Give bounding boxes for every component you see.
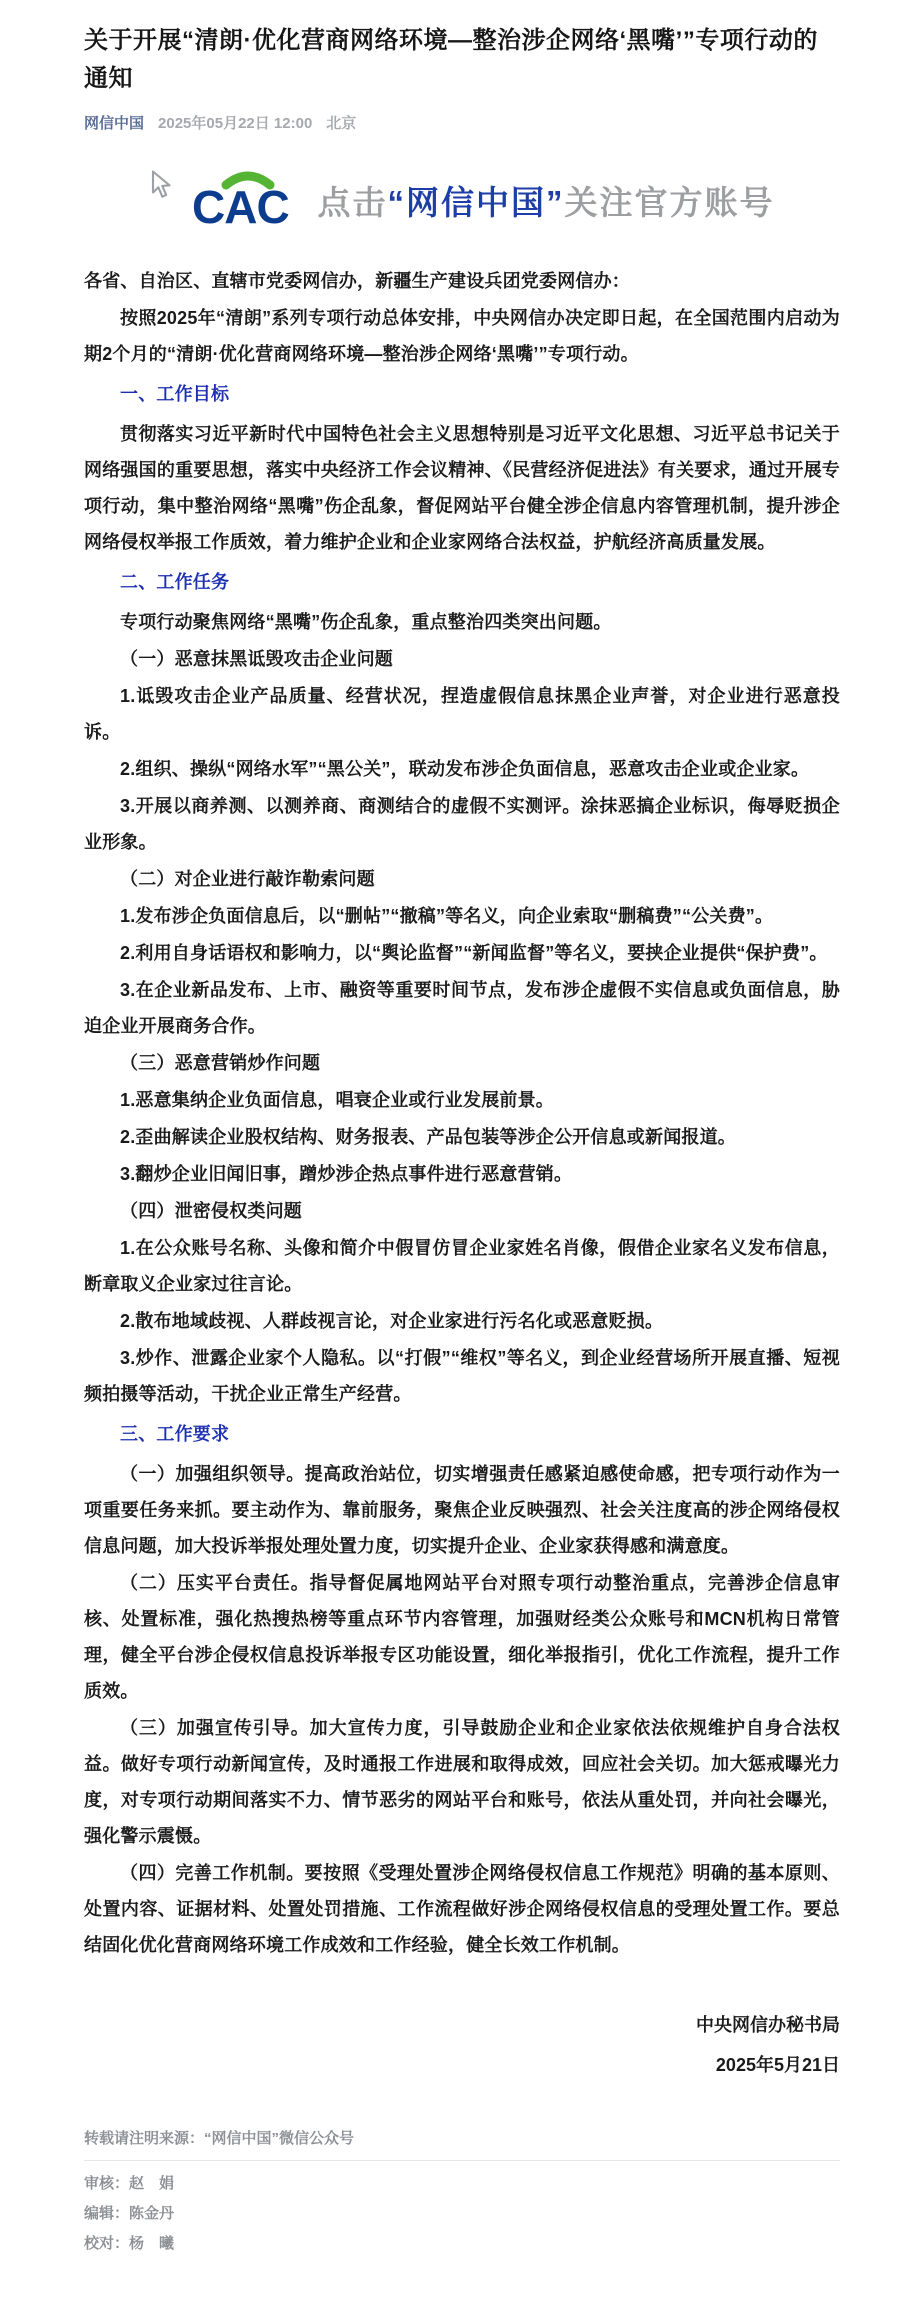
paragraph: （四）泄密侵权类问题 — [84, 1193, 840, 1229]
signoff-date: 2025年5月21日 — [84, 2045, 840, 2085]
paragraph: 专项行动聚焦网络“黑嘴”伤企乱象，重点整治四类突出问题。 — [84, 604, 840, 640]
paragraph: 按照2025年“清朗”系列专项行动总体安排，中央网信办决定即日起，在全国范围内启… — [84, 300, 840, 372]
paragraph: 3.在企业新品发布、上市、融资等重要时间节点，发布涉企虚假不实信息或负面信息，胁… — [84, 972, 840, 1044]
paragraph: （一）恶意抹黑诋毁攻击企业问题 — [84, 641, 840, 677]
follow-account-banner[interactable]: CAC 点击“网信中国”关注官方账号 — [84, 157, 840, 243]
credit-reviewer: 审核：赵 娟 — [84, 2169, 840, 2199]
banner-click-label: 点击 — [318, 184, 388, 221]
section-heading: 一、工作目标 — [84, 376, 840, 412]
paragraph: 1.诋毁攻击企业产品质量、经营状况，捏造虚假信息抹黑企业声誉，对企业进行恶意投诉… — [84, 678, 840, 750]
banner-account-label: “网信中国” — [388, 184, 565, 221]
signoff-org: 中央网信办秘书局 — [84, 2005, 840, 2045]
credits-block: 审核：赵 娟 编辑：陈金丹 校对：杨 曦 — [84, 2161, 840, 2259]
credit-proofreader: 校对：杨 曦 — [84, 2229, 840, 2259]
paragraph: （二）压实平台责任。指导督促属地网站平台对照专项行动整治重点，完善涉企信息审核、… — [84, 1565, 840, 1709]
article-footer: 转载请注明来源：“网信中国”微信公众号 审核：赵 娟 编辑：陈金丹 校对：杨 曦 — [84, 2127, 840, 2259]
paragraph: 2.利用自身话语权和影响力，以“舆论监督”“新闻监督”等名义，要挟企业提供“保护… — [84, 935, 840, 971]
reprint-notice: 转载请注明来源：“网信中国”微信公众号 — [84, 2127, 840, 2161]
banner-follow-label: 关注官方账号 — [565, 184, 775, 221]
paragraph: 贯彻落实习近平新时代中国特色社会主义思想特别是习近平文化思想、习近平总书记关于网… — [84, 416, 840, 560]
paragraph: （三）恶意营销炒作问题 — [84, 1045, 840, 1081]
banner-text: 点击“网信中国”关注官方账号 — [318, 177, 775, 224]
paragraph: （四）完善工作机制。要按照《受理处置涉企网络侵权信息工作规范》明确的基本原则、处… — [84, 1855, 840, 1963]
paragraph: 1.发布涉企负面信息后，以“删帖”“撤稿”等名义，向企业索取“删稿费”“公关费”… — [84, 898, 840, 934]
paragraph: 3.炒作、泄露企业家个人隐私。以“打假”“维权”等名义，到企业经营场所开展直播、… — [84, 1340, 840, 1412]
paragraph: 1.恶意集纳企业负面信息，唱衰企业或行业发展前景。 — [84, 1082, 840, 1118]
source-account-link[interactable]: 网信中国 — [84, 112, 144, 133]
paragraph: 2.散布地域歧视、人群歧视言论，对企业家进行污名化或恶意贬损。 — [84, 1303, 840, 1339]
cac-logo: CAC — [190, 165, 302, 236]
paragraph: 2.歪曲解读企业股权结构、财务报表、产品包装等涉企公开信息或新闻报道。 — [84, 1119, 840, 1155]
paragraph: 各省、自治区、直辖市党委网信办，新疆生产建设兵团党委网信办： — [84, 263, 840, 299]
article-body: 各省、自治区、直辖市党委网信办，新疆生产建设兵团党委网信办：按照2025年“清朗… — [84, 263, 840, 1963]
paragraph: （一）加强组织领导。提高政治站位，切实增强责任感紧迫感使命感，把专项行动作为一项… — [84, 1456, 840, 1564]
article-title: 关于开展“清朗·优化营商网络环境—整治涉企网络‘黑嘴’”专项行动的通知 — [84, 22, 840, 98]
mouse-cursor-icon — [150, 170, 174, 205]
paragraph: 3.翻炒企业旧闻旧事，蹭炒涉企热点事件进行恶意营销。 — [84, 1156, 840, 1192]
paragraph: 3.开展以商养测、以测养商、商测结合的虚假不实测评。涂抹恶搞企业标识，侮辱贬损企… — [84, 788, 840, 860]
section-heading: 二、工作任务 — [84, 564, 840, 600]
article-meta: 网信中国 2025年05月22日 12:00 北京 — [84, 112, 840, 133]
article-page: 关于开展“清朗·优化营商网络环境—整治涉企网络‘黑嘴’”专项行动的通知 网信中国… — [0, 0, 916, 2289]
cac-logo-text: CAC — [192, 181, 289, 231]
paragraph: （二）对企业进行敲诈勒索问题 — [84, 861, 840, 897]
section-heading: 三、工作要求 — [84, 1416, 840, 1452]
signoff-block: 中央网信办秘书局 2025年5月21日 — [84, 2005, 840, 2085]
publish-datetime: 2025年05月22日 12:00 — [158, 112, 312, 133]
publish-location: 北京 — [326, 112, 356, 133]
paragraph: 1.在公众账号名称、头像和简介中假冒仿冒企业家姓名肖像，假借企业家名义发布信息，… — [84, 1230, 840, 1302]
paragraph: （三）加强宣传引导。加大宣传力度，引导鼓励企业和企业家依法依规维护自身合法权益。… — [84, 1710, 840, 1854]
credit-editor: 编辑：陈金丹 — [84, 2199, 840, 2229]
paragraph: 2.组织、操纵“网络水军”“黑公关”，联动发布涉企负面信息，恶意攻击企业或企业家… — [84, 751, 840, 787]
